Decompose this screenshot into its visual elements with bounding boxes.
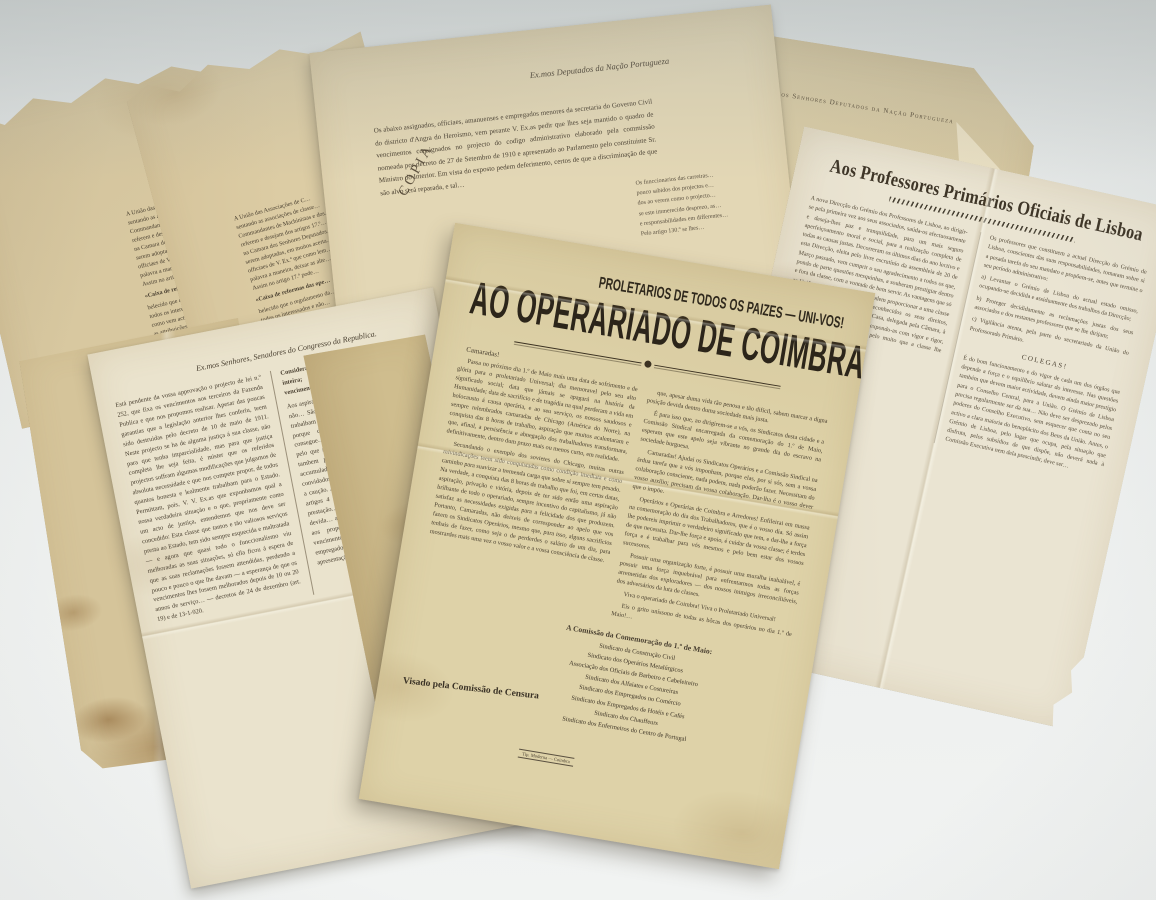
professores-column-2: Os professores que constituem a actual D… bbox=[933, 232, 1147, 480]
printer-imprint: Tip. Moderna — Coimbra bbox=[518, 749, 575, 767]
operariado-column-1: Passa no próximo dia 1.º de Maio mais um… bbox=[420, 356, 638, 619]
senadores-column-1: Está pendente da vossa approvação o proj… bbox=[115, 373, 304, 625]
deputados-right-fragment: Os funccionarios das carreiras… pouco sa… bbox=[635, 164, 780, 239]
photo-of-documents: A União das Associações de C… sentando a… bbox=[0, 0, 1156, 900]
deputados-heading: Ex.mos Deputados da Nação Portugueza bbox=[443, 46, 756, 89]
operariado-column-2: que, apesar duma vida tão penosa e tão d… bbox=[610, 388, 828, 651]
